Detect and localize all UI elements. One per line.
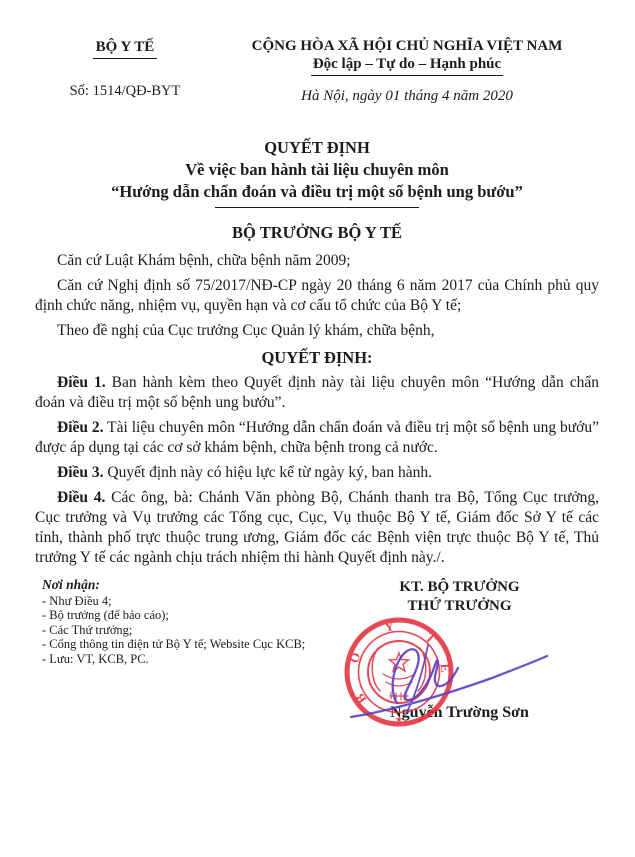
recipient-item: - Như Điều 4; (42, 594, 320, 609)
document-page: BỘ Y TẾ Số: 1514/QĐ-BYT CỘNG HÒA XÃ HỘI … (0, 0, 635, 857)
title-line-2: Về việc ban hành tài liệu chuyên môn (35, 159, 599, 181)
article-4: Điều 4. Các ông, bà: Chánh Văn phòng Bộ,… (35, 488, 599, 568)
preamble-paragraph: Căn cứ Nghị định số 75/2017/NĐ-CP ngày 2… (35, 276, 599, 316)
signer-name: Nguyễn Trường Sơn (320, 704, 599, 722)
recipients-block: Nơi nhận: - Như Điều 4; - Bộ trưởng (để … (35, 578, 320, 722)
article-2-label: Điều 2. (57, 419, 104, 436)
recipient-item: - Lưu: VT, KCB, PC. (42, 652, 320, 667)
articles-section: Điều 1. Ban hành kèm theo Quyết định này… (35, 373, 599, 568)
recipients-heading: Nơi nhận: (42, 578, 320, 593)
bottom-section: Nơi nhận: - Như Điều 4; - Bộ trưởng (để … (35, 578, 599, 722)
issuing-agency: BỘ Y TẾ (93, 39, 158, 59)
article-3: Điều 3. Quyết định này có hiệu lực kể từ… (35, 463, 599, 483)
article-1-label: Điều 1. (57, 374, 106, 391)
article-2-text: Tài liệu chuyên môn “Hướng dẫn chẩn đoán… (35, 419, 599, 456)
signature-block: KT. BỘ TRƯỞNG THỨ TRƯỞNG Nguyễn Trường S… (320, 578, 599, 722)
header-left-column: BỘ Y TẾ Số: 1514/QĐ-BYT (35, 38, 215, 105)
preamble-section: Căn cứ Luật Khám bệnh, chữa bệnh năm 200… (35, 251, 599, 341)
signing-authority-line1: KT. BỘ TRƯỞNG (320, 578, 599, 597)
preamble-paragraph: Theo đề nghị của Cục trưởng Cục Quản lý … (35, 321, 599, 341)
article-2: Điều 2. Tài liệu chuyên môn “Hướng dẫn c… (35, 418, 599, 458)
header-right-column: CỘNG HÒA XÃ HỘI CHỦ NGHĨA VIỆT NAM Độc l… (215, 38, 599, 105)
national-title: CỘNG HÒA XÃ HỘI CHỦ NGHĨA VIỆT NAM (215, 38, 599, 55)
title-line-3: “Hướng dẫn chẩn đoán và điều trị một số … (35, 181, 599, 203)
national-motto: Độc lập – Tự do – Hạnh phúc (311, 56, 503, 76)
recipient-item: - Cổng thông tin điện tử Bộ Y tế; Websit… (42, 637, 320, 652)
article-1: Điều 1. Ban hành kèm theo Quyết định này… (35, 373, 599, 413)
title-line-1: QUYẾT ĐỊNH (35, 137, 599, 159)
document-header: BỘ Y TẾ Số: 1514/QĐ-BYT CỘNG HÒA XÃ HỘI … (35, 38, 599, 105)
article-3-label: Điều 3. (57, 464, 104, 481)
recipient-item: - Bộ trưởng (để báo cáo); (42, 608, 320, 623)
preamble-paragraph: Căn cứ Luật Khám bệnh, chữa bệnh năm 200… (35, 251, 599, 271)
article-4-label: Điều 4. (57, 489, 105, 506)
article-3-text: Quyết định này có hiệu lực kể từ ngày ký… (104, 464, 432, 481)
article-4-text: Các ông, bà: Chánh Văn phòng Bộ, Chánh t… (35, 489, 599, 566)
signing-authority-line2: THỨ TRƯỞNG (320, 597, 599, 616)
issuer-heading: BỘ TRƯỞNG BỘ Y TẾ (35, 223, 599, 243)
document-number: Số: 1514/QĐ-BYT (35, 83, 215, 100)
place-and-date: Hà Nội, ngày 01 tháng 4 năm 2020 (215, 88, 599, 105)
document-title: QUYẾT ĐỊNH Về việc ban hành tài liệu chu… (35, 137, 599, 208)
recipient-item: - Các Thứ trưởng; (42, 623, 320, 638)
article-1-text: Ban hành kèm theo Quyết định này tài liệ… (35, 374, 599, 411)
decision-heading: QUYẾT ĐỊNH: (35, 348, 599, 368)
title-divider (215, 207, 419, 208)
